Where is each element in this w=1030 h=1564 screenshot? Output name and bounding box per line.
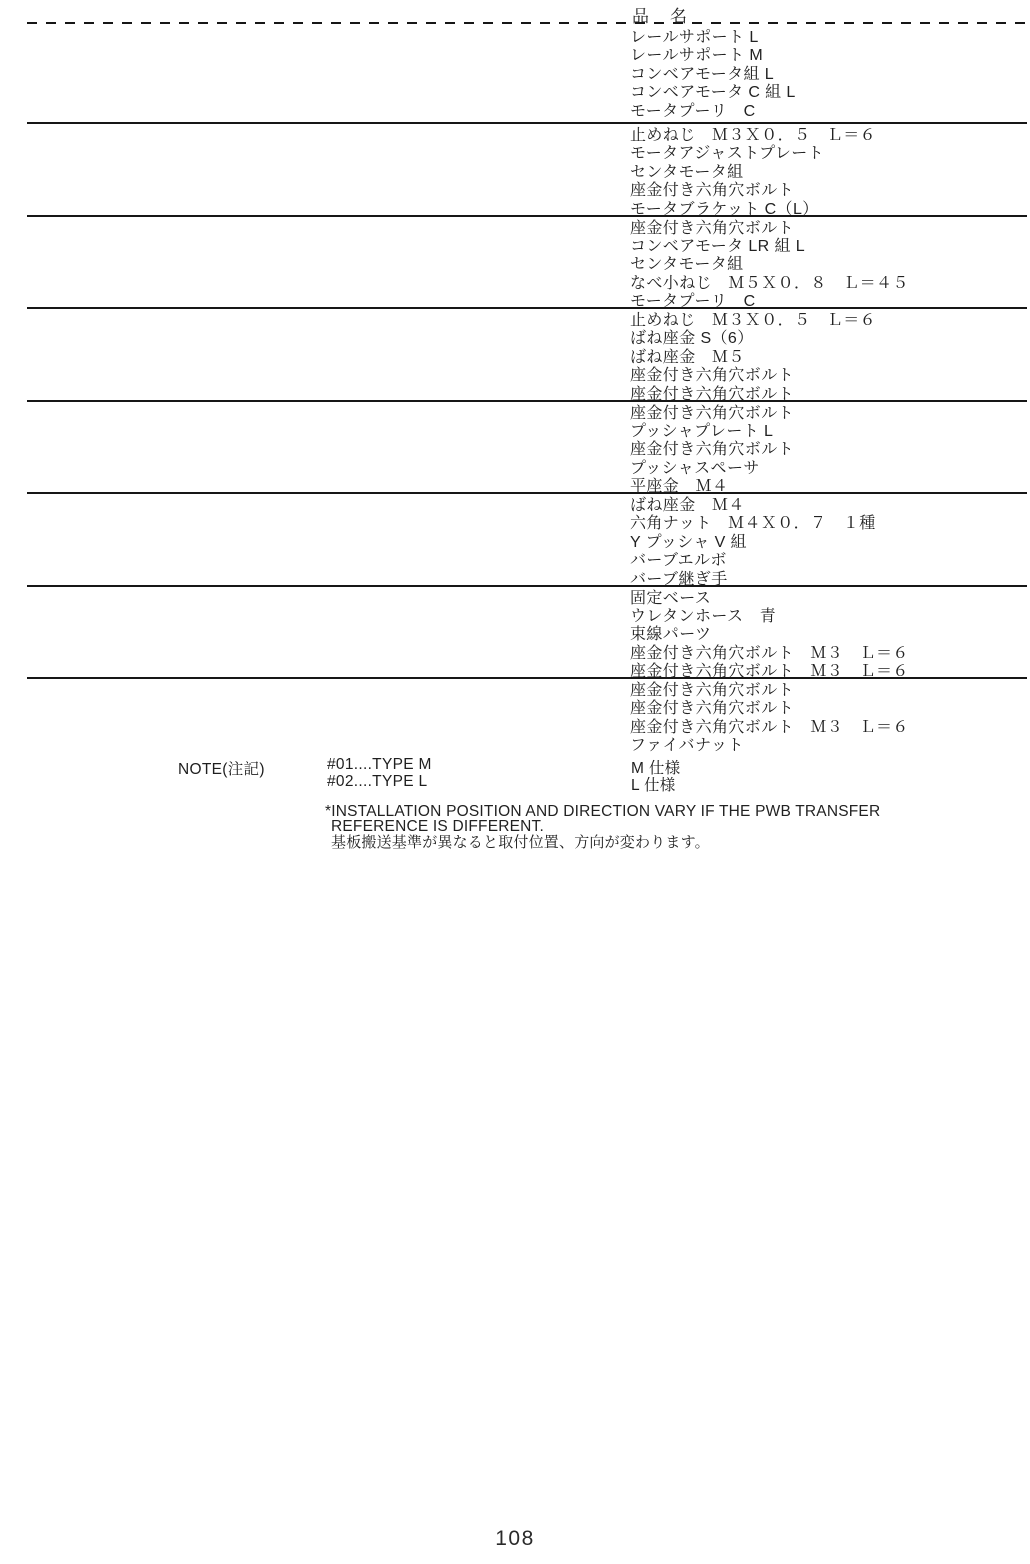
note-item-code: #01....TYPE M	[327, 756, 432, 774]
parts-list-page: 品 名 レールサポート Lレールサポート Mコンベアモータ組 Lコンベアモータ …	[0, 0, 1030, 1564]
section-divider	[27, 215, 1027, 217]
note-item-desc: L 仕様	[631, 773, 676, 795]
part-name-cell: 座金付き六角穴ボルト Ｍ３ Ｌ＝６	[630, 645, 909, 663]
section-divider	[27, 492, 1027, 494]
part-name-cell: 座金付き六角穴ボルト	[630, 367, 794, 385]
section-divider	[27, 400, 1027, 402]
part-name-cell: 座金付き六角穴ボルト	[630, 682, 794, 700]
section-divider	[27, 585, 1027, 587]
footnote-line: 基板搬送基準が異なると取付位置、方向が変わります。	[331, 831, 710, 852]
part-name-cell: モータアジャストプレート	[630, 145, 824, 163]
part-name-cell: 平座金 Ｍ４	[630, 478, 728, 496]
part-name-cell: バーブ継ぎ手	[630, 571, 728, 589]
part-name-cell: ばね座金 Ｍ４	[630, 497, 745, 515]
part-name-cell: バーブエルボ	[630, 552, 727, 570]
part-name-cell: プッシャプレート L	[630, 423, 773, 441]
part-name-cell: ばね座金 S（6）	[630, 330, 754, 348]
part-name-cell: 束線パーツ	[630, 626, 711, 644]
part-name-cell: モータブラケット C（L）	[630, 201, 819, 219]
part-name-cell: 止めねじ Ｍ３Ｘ０．５ Ｌ＝６	[630, 127, 876, 145]
part-name-cell: レールサポート L	[630, 29, 759, 47]
part-name-cell: なべ小ねじ Ｍ５Ｘ０．８ Ｌ＝４５	[630, 275, 909, 293]
note-item-code: #02....TYPE L	[327, 773, 427, 791]
part-name-cell: コンベアモータ LR 組 L	[630, 238, 805, 256]
part-name-cell: レールサポート M	[630, 47, 763, 65]
section-divider	[27, 307, 1027, 309]
part-name-cell: ウレタンホース 青	[630, 608, 776, 626]
part-name-cell: 座金付き六角穴ボルト	[630, 182, 794, 200]
part-name-cell: 座金付き六角穴ボルト	[630, 405, 794, 423]
header-divider-dashed	[27, 22, 1027, 24]
part-name-cell: モータプーリ C	[630, 103, 756, 121]
part-name-cell: ばね座金 Ｍ５	[630, 349, 745, 367]
page-number: 108	[0, 1527, 1030, 1551]
part-name-cell: ファイバナット	[630, 737, 744, 755]
part-name-cell: プッシャスペーサ	[630, 460, 760, 478]
part-name-cell: 止めねじ Ｍ３Ｘ０．５ Ｌ＝６	[630, 312, 876, 330]
part-name-cell: コンベアモータ組 L	[630, 66, 774, 84]
part-name-cell: モータプーリ C	[630, 293, 756, 311]
part-name-cell: 固定ベース	[630, 590, 711, 608]
part-name-cell: コンベアモータ C 組 L	[630, 84, 796, 102]
part-name-cell: 座金付き六角穴ボルト	[630, 441, 794, 459]
part-name-cell: センタモータ組	[630, 164, 744, 182]
part-name-cell: 座金付き六角穴ボルト Ｍ３ Ｌ＝６	[630, 663, 909, 681]
part-name-cell: 座金付き六角穴ボルト	[630, 700, 794, 718]
part-name-cell: Y プッシャ V 組	[630, 534, 747, 552]
part-name-cell: 六角ナット Ｍ４Ｘ０．７ １種	[630, 515, 876, 533]
part-name-cell: 座金付き六角穴ボルト	[630, 220, 794, 238]
part-name-cell: センタモータ組	[630, 256, 744, 274]
part-name-cell: 座金付き六角穴ボルト Ｍ３ Ｌ＝６	[630, 719, 909, 737]
part-name-cell: 座金付き六角穴ボルト	[630, 386, 794, 404]
section-divider	[27, 122, 1027, 124]
note-label: NOTE(注記)	[178, 757, 265, 779]
